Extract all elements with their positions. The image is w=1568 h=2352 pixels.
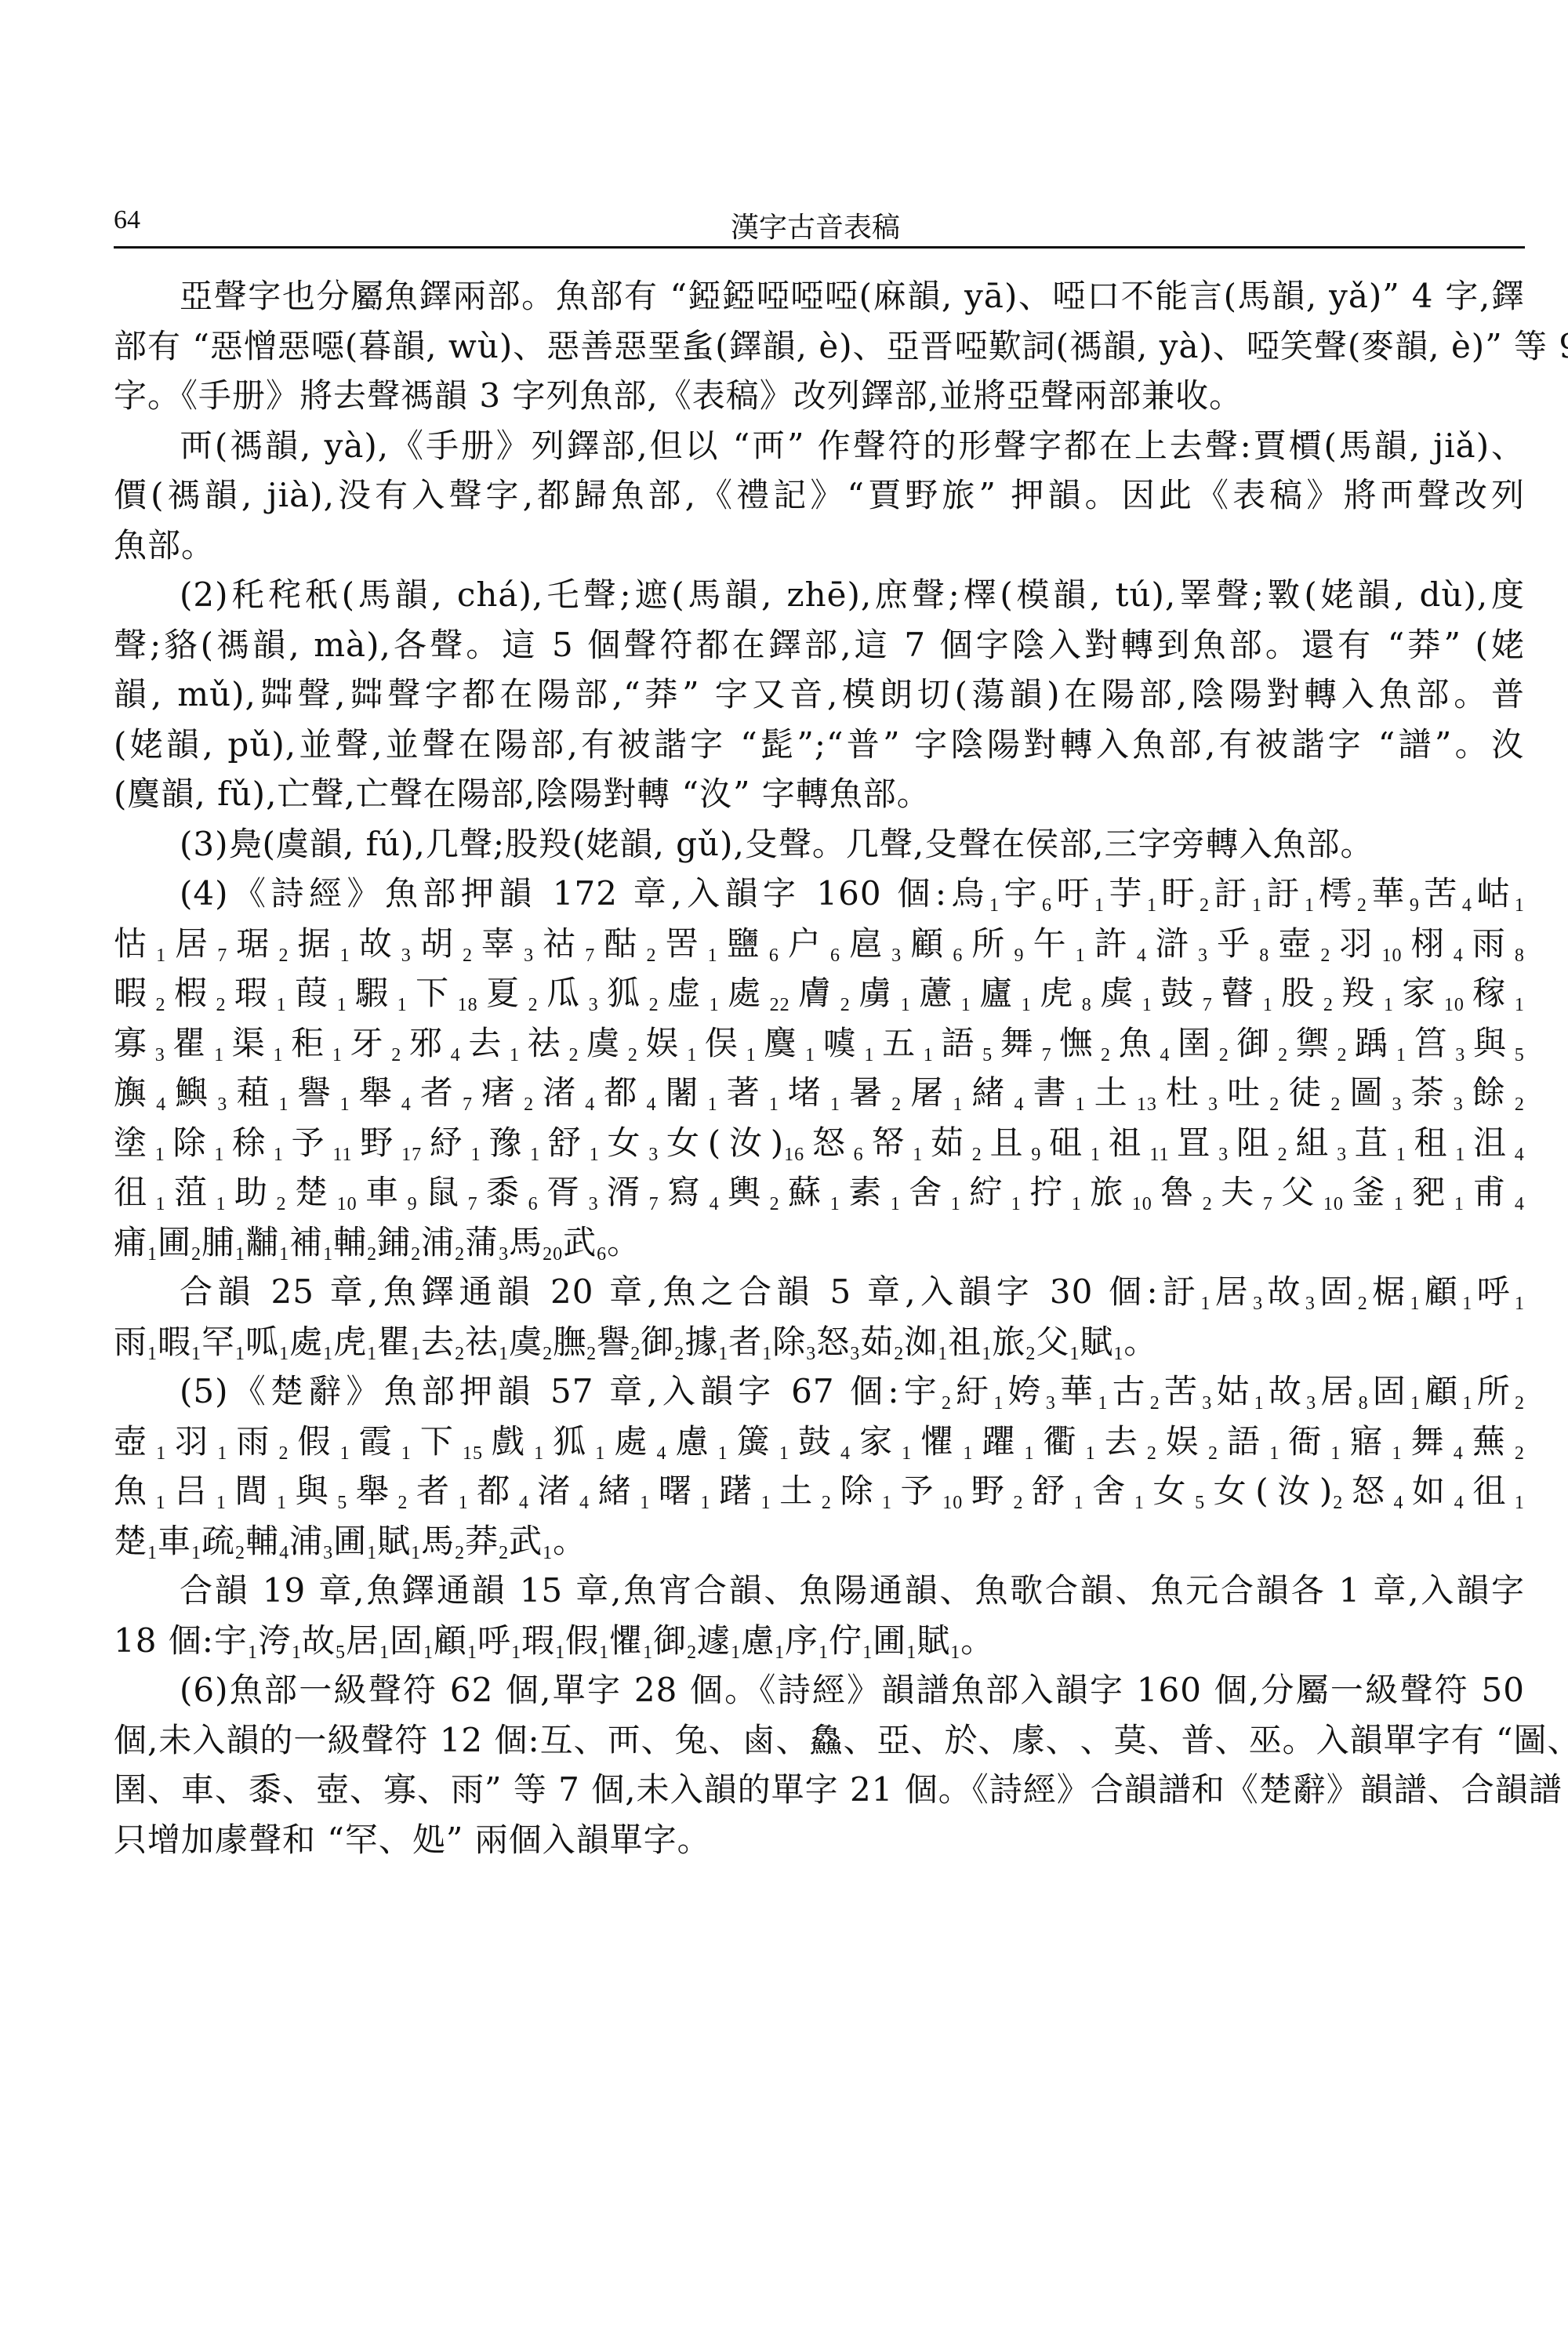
rhyme-char: 秬1 (283, 1024, 342, 1062)
rhyme-line: 壺1羽1雨2假1霞1下15戲1狐1處4慮1簴1鼓4家1懼1躣1衢1去2娱2語1衙… (114, 1417, 1525, 1467)
rhyme-char: 户6 (779, 924, 840, 963)
rhyme-char: 土2 (771, 1472, 832, 1510)
rhyme-char: 舍1 (1084, 1472, 1145, 1510)
rhyme-char: 虎1 (333, 1323, 377, 1361)
rhyme-char: 胡2 (412, 924, 473, 963)
rhyme-char: 語1 (1218, 1422, 1279, 1461)
rhyme-char: 租1 (1406, 1123, 1466, 1162)
rhyme-char: 盱2 (1157, 874, 1210, 913)
rhyme-count: 1 (397, 995, 408, 1015)
rhyme-line: 暇2椵2瑕1葭1騢1下18夏2瓜3狐2虚1處22膚2虜1藘1廬1虎8虡1鼓7瞽1… (114, 968, 1525, 1018)
rhyme-count: 3 (1046, 1393, 1056, 1414)
text-line: (麌韻, fǔ),亡聲,亡聲在陽部,陰陽對轉 “汷” 字轉魚部。 (114, 769, 1525, 819)
rhyme-char: 俣1 (697, 1024, 756, 1062)
rhyme-count: 1 (278, 1094, 289, 1115)
rhyme-count: 3 (1392, 1094, 1403, 1115)
rhyme-char: 壺1 (114, 1422, 166, 1461)
rhyme-count: 1 (543, 1543, 553, 1563)
rhyme-line: (5)《楚辭》魚部押韻 57 章,入韻字 67 個:宇2紆1姱3華1古2苦3姑1… (114, 1367, 1525, 1417)
rhyme-char: 甫4 (1465, 1173, 1525, 1211)
rhyme-char: 莽2 (465, 1522, 509, 1560)
rhyme-char: 蕪2 (1464, 1422, 1525, 1461)
rhyme-char: 牙2 (343, 1024, 401, 1062)
rhyme-count: 1 (337, 995, 347, 1015)
rhyme-char: 姑1 (1212, 1372, 1264, 1410)
rhyme-char: 御2 (641, 1323, 684, 1361)
rhyme-count: 4 (519, 1493, 529, 1513)
rhyme-char: 洳1 (904, 1323, 948, 1361)
rhyme-char: 茹2 (923, 1123, 982, 1162)
rhyme-count: 11 (332, 1145, 352, 1165)
rhyme-char: 瞿1 (165, 1024, 224, 1062)
page-header: 64 漢字古音表稿 (114, 205, 1517, 252)
rhyme-char: 寤1 (1341, 1422, 1402, 1461)
rhyme-count: 1 (1394, 1194, 1404, 1214)
rhyme-count: 2 (891, 1094, 902, 1115)
rhyme-char: 黼1 (245, 1223, 289, 1261)
rhyme-char: 祖11 (1101, 1123, 1170, 1162)
rhyme-char: 衙1 (1279, 1422, 1341, 1461)
rhyme-count: 1 (235, 1344, 245, 1364)
rhyme-count: 1 (963, 1443, 973, 1464)
rhyme-count: 2 (1515, 1443, 1525, 1464)
rhyme-count: 2 (894, 1344, 904, 1364)
rhyme-count: 2 (586, 1344, 597, 1364)
rhyme-count: 5 (1515, 1045, 1525, 1065)
rhyme-count: 1 (510, 1045, 520, 1065)
rhyme-char: 栩4 (1403, 924, 1464, 963)
rhyme-char: 家1 (851, 1422, 912, 1461)
rhyme-char: 鼓4 (789, 1422, 851, 1461)
rhyme-count: 2 (455, 1244, 465, 1265)
text-line: 個,未入韻的一級聲符 12 個:互、襾、兔、鹵、鱻、亞、於、豦、𤓰、莫、普、巫。… (114, 1715, 1525, 1766)
running-title: 漢字古音表稿 (114, 205, 1517, 245)
rhyme-char: 舞7 (993, 1024, 1051, 1062)
rhyme-char: 楚10 (287, 1173, 358, 1211)
rhyme-count: 2 (1515, 1094, 1525, 1115)
rhyme-count: 2 (1219, 1045, 1229, 1065)
rhyme-count: 4 (1462, 895, 1472, 916)
rhyme-char: 圉2 (1170, 1024, 1229, 1062)
rhyme-char: 砠1 (1041, 1123, 1101, 1162)
rhyme-count: 1 (401, 1443, 412, 1464)
rhyme-char: 罕1 (201, 1323, 245, 1361)
rhyme-count: 9 (1031, 1145, 1041, 1165)
rhyme-count: 1 (1025, 1443, 1035, 1464)
rhyme-char: 御2 (1229, 1024, 1288, 1062)
rhyme-count: 1 (1142, 995, 1152, 1015)
rhyme-count: 1 (379, 1642, 390, 1663)
rhyme-count: 15 (463, 1443, 483, 1464)
rhyme-count: 1 (1396, 1045, 1406, 1065)
rhyme-char: 虡1 (1092, 974, 1152, 1012)
rhyme-count: 2 (628, 1045, 638, 1065)
rhyme-count: 1 (367, 1543, 377, 1563)
rhyme-char: 五1 (874, 1024, 933, 1062)
rhyme-char: 据1 (289, 924, 350, 963)
rhyme-char: 古2 (1108, 1372, 1160, 1410)
rhyme-char: 虚1 (659, 974, 720, 1012)
rhyme-char: 渠1 (224, 1024, 283, 1062)
rhyme-char: 祜7 (534, 924, 595, 963)
rhyme-count: 3 (1202, 1393, 1212, 1414)
rhyme-count: 10 (942, 1493, 963, 1513)
rhyme-count: 1 (1392, 1443, 1403, 1464)
rhyme-char: 下15 (412, 1422, 483, 1461)
rhyme-count: 1 (769, 1094, 779, 1115)
section-shijing-rhymes: (4)《詩經》魚部押韻 172 章,入韻字 160 個:烏1宇6吁1芋1盱2訏1… (114, 869, 1525, 1267)
rhyme-char: 岵1 (1472, 874, 1525, 913)
rhyme-char: 虞2 (509, 1323, 553, 1361)
rhyme-count: 1 (147, 1543, 158, 1563)
rhyme-count: 1 (1074, 1493, 1084, 1513)
rhyme-char: 怒6 (804, 1123, 864, 1162)
rhyme-char: 瑕1 (521, 1621, 565, 1660)
rhyme-char: 雨2 (227, 1422, 289, 1461)
rhyme-count: 1 (718, 1344, 728, 1364)
rhyme-count: 1 (746, 1045, 757, 1065)
rhyme-char: 譽2 (597, 1323, 641, 1361)
rhyme-count: 4 (840, 1443, 851, 1464)
rhyme-count: 1 (1396, 1145, 1406, 1165)
rhyme-count: 1 (216, 1194, 227, 1214)
section-chuci-merged-rhymes: 合韻 19 章,魚鐸通韻 15 章,魚宵合韻、魚陽通韻、魚歌合韻、魚元合韻各 1… (114, 1566, 1525, 1665)
text-line: 部有 “惡憎惡噁(暮韻, wù)、惡善惡堊蚃(鐸韻, è)、亞晋𢍰啞歎詞(禡韻,… (114, 321, 1525, 372)
rhyme-line: 徂1菹1助2楚10車9鼠7黍6胥3湑7寫4輿2蘇1素1舍1紵1拧1旅10魯2夫7… (114, 1167, 1525, 1218)
rhyme-char: 輔2 (333, 1223, 377, 1261)
rhyme-char: 徒2 (1279, 1073, 1341, 1112)
rhyme-char: 居3 (1210, 1272, 1263, 1311)
rhyme-count: 13 (1137, 1094, 1157, 1115)
rhyme-count: 1 (961, 995, 971, 1015)
rhyme-count: 3 (589, 995, 599, 1015)
rhyme-char: 魚1 (114, 1472, 166, 1510)
rhyme-char: 所9 (963, 924, 1024, 963)
rhyme-count: 2 (1515, 1393, 1525, 1414)
rhyme-char: 除1 (165, 1123, 225, 1162)
section-intro: (4)《詩經》魚部押韻 172 章,入韻字 160 個: (180, 874, 947, 913)
rhyme-count: 2 (972, 1145, 982, 1165)
rhyme-line: 魚1吕1閭1與5舉2者1都4渚4緒1曙1躇1土2除1予10野2舒1舍1女5女(汝… (114, 1466, 1525, 1516)
rhyme-count: 2 (1147, 1443, 1157, 1464)
rhyme-char: 躇1 (710, 1472, 771, 1510)
rhyme-count: 1 (277, 1493, 287, 1513)
rhyme-count: 1 (411, 1344, 421, 1364)
rhyme-count: 1 (779, 1443, 789, 1464)
rhyme-count: 9 (1014, 946, 1025, 966)
rhyme-char: 故5 (302, 1621, 346, 1660)
rhyme-count: 1 (191, 1543, 201, 1563)
rhyme-count: 7 (468, 1194, 478, 1214)
rhyme-count: 2 (630, 1344, 641, 1364)
rhyme-char: 阻2 (1229, 1123, 1288, 1162)
rhyme-count: 1 (862, 1642, 873, 1663)
rhyme-count: 4 (1454, 946, 1464, 966)
rhyme-char: 宇1 (214, 1621, 258, 1660)
rhyme-count: 3 (1455, 1045, 1465, 1065)
rhyme-count: 1 (156, 946, 166, 966)
rhyme-char: 舒1 (1023, 1472, 1083, 1510)
rhyme-count: 1 (1515, 995, 1525, 1015)
rhyme-char: 祛1 (465, 1323, 509, 1361)
rhyme-count: 1 (191, 1344, 201, 1364)
rhyme-count: 18 (458, 995, 478, 1015)
rhyme-char: 顧1 (1421, 1372, 1472, 1410)
rhyme-char: 予10 (892, 1472, 963, 1510)
rhyme-char: 緒4 (963, 1073, 1024, 1112)
rhyme-char: 瓜3 (539, 974, 599, 1012)
rhyme-char: 蒩1 (227, 1073, 289, 1112)
rhyme-char: 湑7 (599, 1173, 659, 1211)
rhyme-count: 1 (340, 946, 350, 966)
rhyme-char: 姱3 (1004, 1372, 1055, 1410)
rhyme-char: 華1 (1056, 1372, 1108, 1410)
rhyme-count: 3 (850, 1344, 860, 1364)
rhyme-char: 女(汝)2 (1205, 1472, 1343, 1510)
rhyme-char: 顧1 (434, 1621, 477, 1660)
rhyme-char: 固2 (1316, 1272, 1368, 1311)
rhyme-count: 3 (891, 946, 902, 966)
rhyme-count: 11 (1149, 1145, 1169, 1165)
paragraph-ya: 襾(禡韻, yà),《手册》列鐸部,但以 “襾” 作聲符的形聲字都在上去聲:賈檟… (114, 421, 1525, 571)
rhyme-count: 1 (951, 1194, 961, 1214)
rhyme-char: 武1 (509, 1522, 553, 1560)
rhyme-count: 1 (1094, 895, 1105, 916)
rhyme-char: 訏1 (1159, 1272, 1211, 1311)
rhyme-count: 1 (1410, 1294, 1420, 1314)
rhyme-count: 3 (524, 946, 534, 966)
rhyme-count: 1 (805, 1045, 815, 1065)
rhyme-char: 騢1 (347, 974, 408, 1012)
rhyme-count: 2 (1323, 995, 1334, 1015)
rhyme-count: 1 (882, 1493, 892, 1513)
rhyme-char: 麌1 (757, 1024, 815, 1062)
text-line: (3)鳧(虞韻, fú),几聲;股羖(姥韻, gǔ),殳聲。几聲,殳聲在侯部,三… (114, 819, 1525, 869)
rhyme-char: 去2 (1096, 1422, 1157, 1461)
text-line: 魚部。 (114, 521, 1525, 571)
rhyme-count: 1 (982, 1344, 992, 1364)
rhyme-char: 都4 (469, 1472, 529, 1510)
rhyme-line: 合韻 25 章,魚鐸通韻 20 章,魚之合韻 5 章,入韻字 30 個:訏1居3… (114, 1267, 1525, 1317)
rhyme-char: 噳1 (815, 1024, 874, 1062)
rhyme-char: 股2 (1273, 974, 1334, 1012)
rhyme-count: 1 (459, 1493, 469, 1513)
spacer (114, 259, 1525, 271)
rhyme-char: 徂1 (114, 1173, 166, 1211)
rhyme-char: 鋪2 (377, 1223, 421, 1261)
text-line: 字。《手册》將去聲禡韻 3 字列魚部,《表稿》改列鐸部,並將亞聲兩部兼收。 (114, 371, 1525, 421)
rhyme-char: 宇2 (900, 1372, 952, 1410)
rhyme-count: 1 (989, 895, 1000, 916)
rhyme-char: 者1 (728, 1323, 772, 1361)
rhyme-char: 寡3 (114, 1024, 165, 1062)
rhyme-count: 1 (147, 1244, 158, 1265)
rhyme-count: 2 (649, 995, 659, 1015)
rhyme-count: 1 (906, 1642, 916, 1663)
rhyme-char: 魚4 (1111, 1024, 1170, 1062)
rhyme-count: 1 (1134, 1493, 1145, 1513)
rhyme-char: 吁1 (1052, 874, 1105, 913)
rhyme-count: 1 (1200, 1294, 1210, 1314)
rhyme-char: 家10 (1394, 974, 1465, 1012)
rhyme-char: 瑕1 (227, 974, 287, 1012)
rhyme-char: 野17 (353, 1123, 423, 1162)
rhyme-char: 戲1 (483, 1422, 544, 1461)
rhyme-char: 虞2 (579, 1024, 637, 1062)
rhyme-char: 圃1 (873, 1621, 916, 1660)
rhyme-count: 1 (708, 1094, 718, 1115)
rhyme-char: 居1 (346, 1621, 390, 1660)
text-line: 價(禡韻, jià),没有入聲字,都歸魚部,《禮記》“賈野旅” 押韻。因此《表稿… (114, 470, 1525, 521)
rhyme-char: 菹1 (166, 1173, 227, 1211)
rhyme-count: 3 (499, 1244, 509, 1265)
rhyme-char: 稌1 (224, 1123, 284, 1162)
rhyme-count: 6 (769, 946, 779, 966)
rhyme-char: 訏1 (1262, 874, 1315, 913)
rhyme-count: 1 (762, 1344, 772, 1364)
rhyme-count: 1 (323, 1244, 333, 1265)
rhyme-char: 暇1 (158, 1323, 201, 1361)
rhyme-char: 武6 (563, 1223, 607, 1261)
rhyme-count: 1 (235, 1244, 245, 1265)
rhyme-count: 3 (648, 1145, 659, 1165)
rhyme-count: 1 (643, 1642, 653, 1663)
rhyme-char: 荼3 (1403, 1073, 1464, 1112)
rhyme-char: 故3 (350, 924, 412, 963)
rhyme-count: 4 (1137, 946, 1147, 966)
rhyme-count: 2 (1338, 1045, 1348, 1065)
rhyme-char: 罟1 (656, 924, 717, 963)
text-line: (2)秅秺秖(馬韻, chá),乇聲;遮(馬韻, zhē),庶聲;檡(模韻, t… (114, 570, 1525, 620)
rhyme-char: 脯1 (201, 1223, 245, 1261)
rhyme-char: 廬1 (971, 974, 1032, 1012)
rhyme-char: 者1 (408, 1472, 468, 1510)
rhyme-count: 1 (555, 1642, 565, 1663)
rhyme-count: 22 (770, 995, 790, 1015)
rhyme-char: 禦2 (1288, 1024, 1347, 1062)
rhyme-char: 固1 (1369, 1372, 1421, 1410)
rhyme-count: 1 (214, 1145, 224, 1165)
rhyme-char: 闍1 (656, 1073, 717, 1112)
rhyme-count: 2 (528, 995, 539, 1015)
rhyme-char: 假1 (289, 1422, 350, 1461)
rhyme-char: 者7 (412, 1073, 473, 1112)
rhyme-count: 1 (708, 946, 718, 966)
rhyme-count: 20 (543, 1244, 563, 1265)
rhyme-count: 2 (1357, 895, 1367, 916)
rhyme-char: 紓1 (422, 1123, 481, 1162)
rhyme-count: 17 (401, 1145, 422, 1165)
rhyme-count: 1 (830, 1194, 840, 1214)
rhyme-line: 寡3瞿1渠1秬1牙2邪4去1祛2虞2娱1俣1麌1噳1五1語5舞7憮2魚4圉2御2… (114, 1018, 1525, 1069)
rhyme-count: 1 (156, 1493, 166, 1513)
rhyme-count: 1 (710, 995, 720, 1015)
rhyme-char: 葭1 (287, 974, 347, 1012)
rhyme-count: 2 (822, 1493, 832, 1513)
rhyme-count: 3 (1218, 1145, 1229, 1165)
rhyme-count: 1 (411, 1543, 421, 1563)
rhyme-char: 夏2 (478, 974, 539, 1012)
rhyme-char: 疏2 (201, 1522, 245, 1560)
rhyme-char: 虎8 (1032, 974, 1092, 1012)
rhyme-char: 女3 (600, 1123, 659, 1162)
rhyme-char: 顧1 (1420, 1272, 1472, 1311)
rhyme-count: 4 (1515, 1194, 1525, 1214)
rhyme-char: 釜1 (1344, 1173, 1404, 1211)
rhyme-count: 1 (156, 1443, 166, 1464)
rhyme-char: 辜3 (473, 924, 534, 963)
rhyme-count: 9 (408, 1194, 418, 1214)
rhyme-count: 1 (217, 1443, 227, 1464)
rhyme-char: 女5 (1145, 1472, 1205, 1510)
rhyme-count: 1 (993, 1393, 1004, 1414)
rhyme-char: 賦1 (377, 1522, 421, 1560)
rhyme-char: 華9 (1367, 874, 1420, 913)
rhyme-char: 帑1 (864, 1123, 924, 1162)
rhyme-char: 除3 (772, 1323, 816, 1361)
rhyme-char: 賦1 (916, 1621, 960, 1660)
rhyme-count: 5 (336, 1642, 346, 1663)
rhyme-char: 堵1 (779, 1073, 840, 1112)
rhyme-count: 7 (585, 946, 595, 966)
rhyme-count: 4 (579, 1493, 590, 1513)
rhyme-char: 紆1 (952, 1372, 1004, 1410)
rhyme-char: 旅10 (1082, 1173, 1152, 1211)
rhyme-char: 酤2 (595, 924, 656, 963)
rhyme-char: 豝1 (1404, 1173, 1465, 1211)
rhyme-count: 4 (1454, 1493, 1465, 1513)
rhyme-count: 6 (830, 946, 840, 966)
rhyme-count: 6 (1042, 895, 1052, 916)
rhyme-char: 踽1 (1348, 1024, 1406, 1062)
rhyme-char: 鼓7 (1152, 974, 1213, 1012)
rhyme-char: 筥3 (1406, 1024, 1465, 1062)
rhyme-count: 5 (982, 1045, 993, 1065)
rhyme-char: 馬2 (421, 1522, 465, 1560)
rhyme-count: 1 (216, 1493, 227, 1513)
rhyme-char: 渚4 (534, 1073, 595, 1112)
rhyme-count: 1 (423, 1642, 434, 1663)
text-line: 只增加豦聲和 “罕、処” 兩個入韻單字。 (114, 1815, 1525, 1865)
rhyme-count: 2 (391, 1045, 401, 1065)
rhyme-count: 1 (511, 1642, 521, 1663)
rhyme-count: 1 (471, 1145, 481, 1165)
rhyme-char: 吕1 (166, 1472, 227, 1510)
rhyme-count: 6 (597, 1244, 607, 1265)
rhyme-char: 椐1 (1368, 1272, 1421, 1311)
rhyme-count: 4 (1454, 1443, 1464, 1464)
rhyme-count: 1 (1330, 1443, 1341, 1464)
rhyme-count: 2 (1333, 1493, 1343, 1513)
rhyme-count: 1 (599, 1642, 609, 1663)
text-line: 亞聲字也分屬魚鐸兩部。魚部有 “錏錏啞啞啞(麻韻, yā)、啞口不能言(馬韻, … (114, 271, 1525, 321)
rhyme-count: 3 (1337, 1145, 1347, 1165)
rhyme-count: 1 (1263, 995, 1273, 1015)
header-rule (114, 246, 1525, 249)
text-line: 襾(禡韻, yà),《手册》列鐸部,但以 “襾” 作聲符的形聲字都在上去聲:賈檟… (114, 421, 1525, 471)
rhyme-count: 2 (1358, 1294, 1368, 1314)
rhyme-count: 2 (524, 1094, 534, 1115)
section-chuci-rhymes: (5)《楚辭》魚部押韻 57 章,入韻字 67 個:宇2紆1姱3華1古2苦3姑1… (114, 1367, 1525, 1566)
rhyme-count: 2 (411, 1244, 421, 1265)
rhyme-count: 2 (1320, 946, 1330, 966)
rhyme-char: 怒4 (1343, 1472, 1403, 1510)
rhyme-char: 語5 (934, 1024, 993, 1062)
paragraph-item-3: (3)鳧(虞韻, fú),几聲;股羖(姥韻, gǔ),殳聲。几聲,殳聲在侯部,三… (114, 819, 1525, 869)
rhyme-count: 2 (191, 1244, 201, 1265)
rhyme-char: 瞿1 (377, 1323, 421, 1361)
rhyme-count: 2 (942, 1393, 952, 1414)
